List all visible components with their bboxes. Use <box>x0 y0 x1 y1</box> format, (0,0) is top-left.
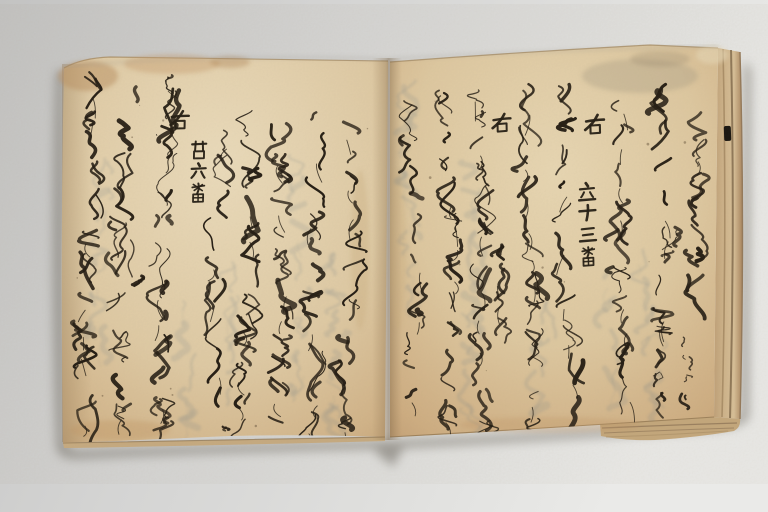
paper-grain <box>60 44 748 444</box>
photo-canvas <box>0 0 768 512</box>
manuscript-photo <box>0 0 768 512</box>
book <box>58 44 748 457</box>
